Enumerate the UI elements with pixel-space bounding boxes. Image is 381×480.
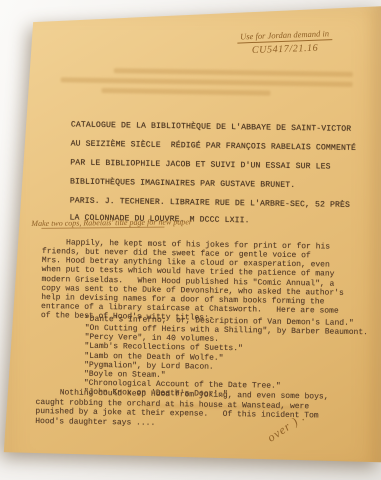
handwritten-reference-note: Use for Jordan demand in CU5417/21.16 (237, 23, 333, 56)
body-paragraph-1: Happily, he kept most of his jokes for p… (41, 238, 345, 325)
handwritten-note-text: Use for Jordan demand in (237, 28, 332, 43)
typed-page-content: Use for Jordan demand in CU5417/21.16 CA… (0, 0, 381, 480)
catalogue-title-block: CATALOGUE DE LA BIBLIOTHÈQUE DE L'ABBAYE… (70, 116, 357, 196)
handwritten-annotation: Make two cops, Rabelais' title page for … (31, 217, 192, 228)
ink-bleedthrough-top (60, 67, 352, 96)
